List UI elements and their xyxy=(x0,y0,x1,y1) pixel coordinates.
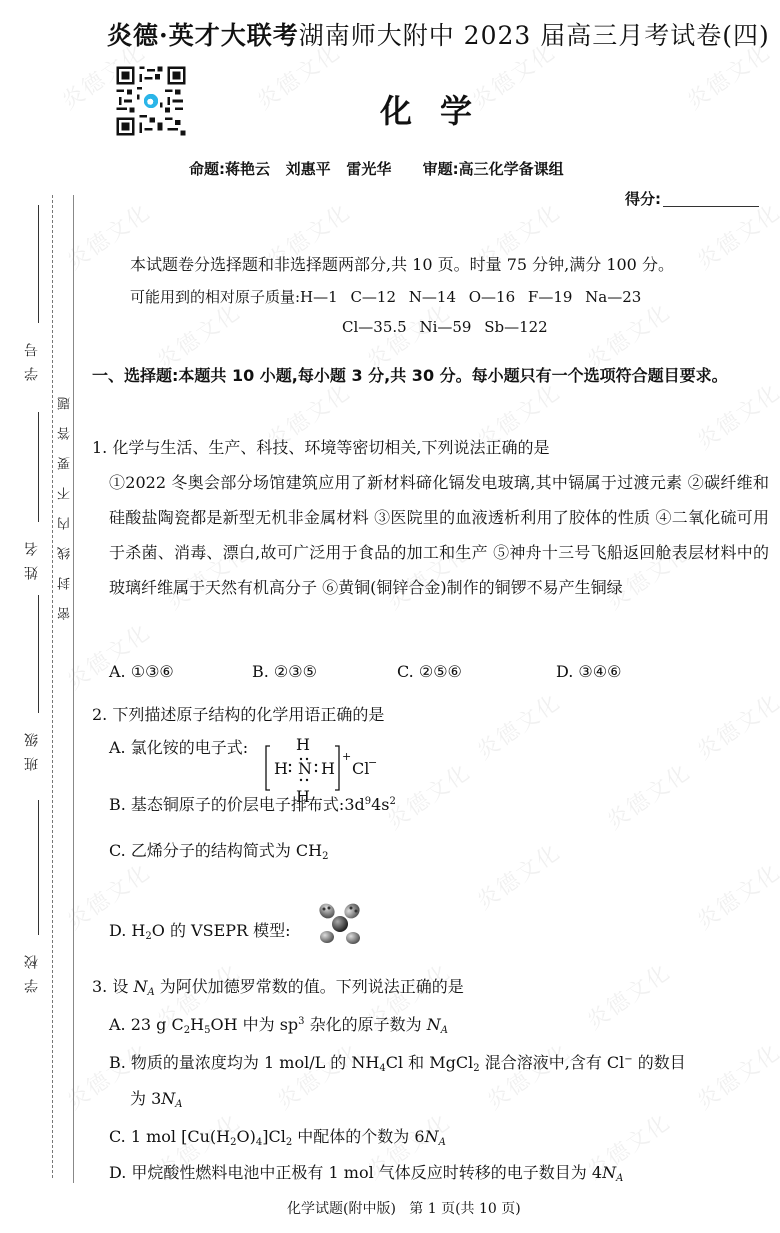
student-name-field[interactable]: 姓名 xyxy=(22,412,42,580)
question-3-option-a[interactable]: A. 23 g C2H5OH 中为 sp3 杂化的原子数为 NA xyxy=(109,1012,448,1036)
svg-text:H: H xyxy=(296,738,310,754)
watermark: 炎德文化 xyxy=(690,685,780,765)
question-2-stem: 2. 下列描述原子结构的化学用语正确的是 xyxy=(92,702,384,725)
subscript: 2 xyxy=(322,851,328,862)
question-2-option-b[interactable]: B. 基态铜原子的价层电子排布式:3d94s2 xyxy=(109,792,396,815)
watermark: 炎德文化 xyxy=(600,755,696,835)
student-name-label: 姓名 xyxy=(22,532,42,580)
question-1-option-d[interactable]: D. ③④⑥ xyxy=(556,662,621,681)
svg-text:Cl: Cl xyxy=(352,759,369,778)
question-1-option-c[interactable]: C. ②⑤⑥ xyxy=(397,662,462,681)
question-1-stem: 1. 化学与生活、生产、科技、环境等密切相关,下列说法正确的是 xyxy=(92,435,549,458)
watermark: 炎德文化 xyxy=(270,1035,366,1115)
section-heading: 一、选择题:本题共 10 小题,每小题 3 分,共 30 分。每小题只有一个选项… xyxy=(92,358,768,394)
solid-border-line xyxy=(73,195,74,1183)
watermark: 炎德文化 xyxy=(690,855,780,935)
option-d-text: D. H xyxy=(109,921,145,940)
score-blank[interactable] xyxy=(663,206,759,207)
question-1-option-a[interactable]: A. ①③⑥ xyxy=(109,662,174,681)
question-3-stem: 3. 设 NA 为阿伏加德罗常数的值。下列说法正确的是 xyxy=(92,974,464,998)
atomic-masses-line-1: 可能用到的相对原子质量:H—1 C—12 N—14 O—16 F—19 Na—2… xyxy=(130,286,641,307)
exam-title-brand: 炎德·英才大联考 xyxy=(107,21,299,50)
option-b-text: B. 基态铜原子的价层电子排布式:3d xyxy=(109,795,365,814)
svg-text:−: − xyxy=(368,756,377,769)
watermark-layer: 炎德文化 炎德文化 炎德文化 炎德文化 炎德文化 炎德文化 炎德文化 炎德文化 … xyxy=(0,0,780,1233)
question-1-statements: ①2022 冬奥会部分场馆建筑应用了新材料碲化镉发电玻璃,其中镉属于过渡元素 ②… xyxy=(109,465,769,605)
question-3-option-b[interactable]: B. 物质的量浓度均为 1 mol/L 的 NH4Cl 和 MgCl2 混合溶液… xyxy=(109,1050,686,1074)
score-label: 得分: xyxy=(625,190,661,208)
question-2-option-c[interactable]: C. 乙烯分子的结构简式为 CH2 xyxy=(109,838,329,862)
svg-text:N: N xyxy=(298,759,312,778)
question-3-option-d[interactable]: D. 甲烷酸性燃料电池中正极有 1 mol 气体反应时转移的电子数目为 4NA xyxy=(109,1160,623,1184)
option-d-text-post: O 的 VSEPR 模型: xyxy=(152,921,291,940)
exam-instructions: 本试题卷分选择题和非选择题两部分,共 10 页。时量 75 分钟,满分 100 … xyxy=(130,252,674,275)
question-3-option-b-cont: 为 3NA xyxy=(130,1086,183,1110)
watermark: 炎德文化 xyxy=(480,1035,576,1115)
atomic-masses-line-2: Cl—35.5 Ni—59 Sb—122 xyxy=(342,318,548,336)
binding-margin: 学号 姓名 班级 学校 密封线内不要答题 xyxy=(0,0,95,1233)
stem-suffix: 为阿伏加德罗常数的值。下列说法正确的是 xyxy=(155,977,464,996)
school-field[interactable]: 学校 xyxy=(22,800,42,993)
watermark: 炎德文化 xyxy=(580,955,676,1035)
subject-title: 化学 xyxy=(380,86,500,132)
class-blank[interactable] xyxy=(38,595,39,713)
option-b-text-mid: 4s xyxy=(371,795,389,814)
class-field[interactable]: 班级 xyxy=(22,595,42,771)
student-name-blank[interactable] xyxy=(38,412,39,522)
school-label: 学校 xyxy=(22,945,42,993)
question-2-option-a[interactable]: A. 氯化铵的电子式: xyxy=(109,735,248,758)
exam-title-name: 湖南师大附中 2023 届高三月考试卷(四) xyxy=(299,21,770,50)
superscript: 2 xyxy=(390,796,396,807)
watermark: 炎德文化 xyxy=(470,835,566,915)
question-2-option-d[interactable]: D. H2O 的 VSEPR 模型: xyxy=(109,918,291,942)
question-3-option-c[interactable]: C. 1 mol [Cu(H2O)4]Cl2 中配体的个数为 6NA xyxy=(109,1124,446,1148)
exam-title: 炎德·英才大联考湖南师大附中 2023 届高三月考试卷(四) xyxy=(107,16,767,52)
authors-line: 命题:蒋艳云 刘惠平 雷光华 审题:高三化学备课组 xyxy=(189,158,564,179)
seal-warning-text: 密封线内不要答题 xyxy=(56,380,72,620)
question-1-option-b[interactable]: B. ②③⑤ xyxy=(252,662,317,681)
school-blank[interactable] xyxy=(38,800,39,935)
page-footer: 化学试题(附中版) 第 1 页(共 10 页) xyxy=(287,1198,521,1218)
svg-text:+: + xyxy=(342,750,351,763)
svg-text:H: H xyxy=(321,759,335,778)
student-id-blank[interactable] xyxy=(38,205,39,323)
class-label: 班级 xyxy=(22,723,42,771)
score-field[interactable]: 得分: xyxy=(625,188,759,209)
watermark: 炎德文化 xyxy=(690,1035,780,1115)
student-id-field[interactable]: 学号 xyxy=(22,205,42,381)
option-a-text: A. 氯化铵的电子式: xyxy=(109,738,248,757)
avogadro-symbol: NA xyxy=(133,977,154,996)
qr-code-icon[interactable] xyxy=(114,64,188,138)
option-c-text: C. 乙烯分子的结构简式为 CH xyxy=(109,841,322,860)
dotted-seal-line xyxy=(52,195,53,1178)
water-vsepr-model-icon xyxy=(318,902,362,946)
svg-text:H: H xyxy=(274,759,288,778)
watermark: 炎德文化 xyxy=(470,685,566,765)
student-id-label: 学号 xyxy=(22,333,42,381)
stem-prefix: 3. 设 xyxy=(92,977,133,996)
